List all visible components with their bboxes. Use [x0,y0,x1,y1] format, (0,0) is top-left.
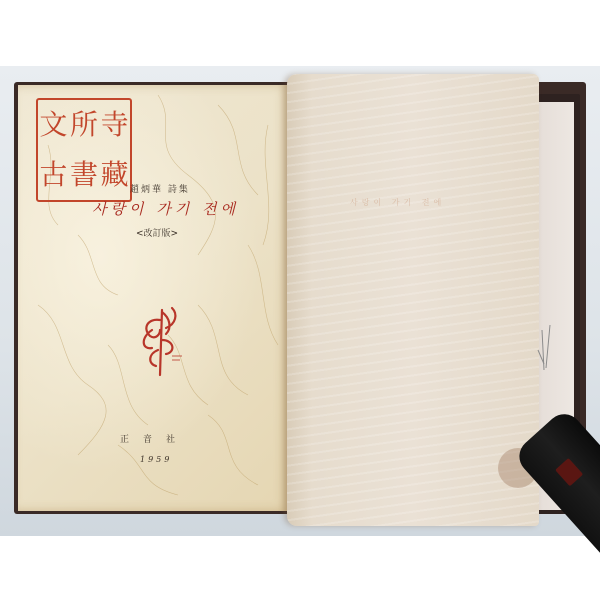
seal-char: 所 [70,111,98,139]
flower-sketch-icon [130,300,190,380]
pencil-mark [536,320,556,380]
ownership-seal-stamp: 文 所 寺 古 書 藏 [36,98,132,202]
seal-char: 文 [39,111,67,139]
author-line: 趙炳華 詩集 [130,182,190,195]
usb-logo-icon [555,458,583,486]
handwritten-title: 사랑이 가기 전에 [92,198,239,219]
seal-char: 古 [39,161,67,189]
publication-year: 1959 [140,455,172,464]
seal-char: 書 [70,161,98,189]
tissue-show-through-text: 사랑이 가기 전에 [350,197,445,208]
publisher: 正音社 [120,432,200,445]
seal-char: 寺 [101,111,129,139]
seal-char: 藏 [101,161,129,189]
edition-label: <改訂版> [136,226,178,239]
